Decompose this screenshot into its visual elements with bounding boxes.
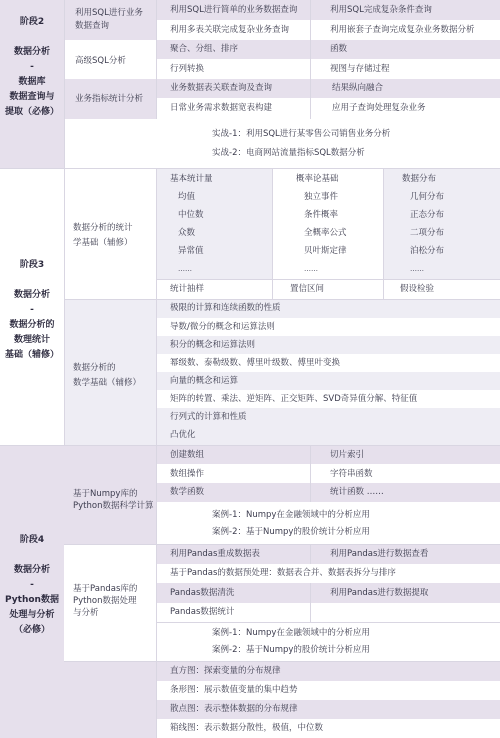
stats-col3-item: 二项分布 (410, 228, 444, 239)
stage4-track: 数据分析 (0, 564, 64, 577)
math-item: 向量的概念和运算 (170, 376, 238, 387)
stage2-subtitle-1: 数据库 (0, 76, 64, 89)
stats-col3-item: 泊松分布 (410, 246, 444, 257)
viz-item: 散点图：表示整体数据的分布规律 (170, 704, 298, 715)
stage2-module1-title-2: 数据查询 (75, 20, 109, 32)
stage2-m2-r1-c2: 函数 (330, 44, 347, 55)
stage3-module2-title-1: 数据分析的 (73, 362, 116, 374)
stage2-m2-r2-c2: 视图与存储过程 (330, 64, 390, 75)
stage3-subtitle-2: 数理统计 (0, 334, 64, 347)
stage4-module1-title-1: 基于Numpy库的 (73, 488, 137, 500)
math-item: 矩阵的转置、乘法、逆矩阵、正交矩阵、SVD奇异值分解、特征值 (170, 394, 417, 405)
stage2-m2-r1-c1: 聚合、分组、排序 (170, 44, 238, 55)
stage3-subtitle-1: 数据分析的 (0, 319, 64, 332)
math-item: 凸优化 (170, 430, 196, 441)
stage3-module1-title-1: 数据分析的统计 (73, 222, 133, 234)
stage2-track: 数据分析 (0, 46, 64, 59)
stage2-module1-title-1: 利用SQL进行业务 (75, 7, 143, 19)
numpy-r1-c2: 切片索引 (330, 450, 364, 461)
stage4-subtitle-2: 处理与分析 (0, 609, 64, 622)
stage2-project-1: 实战-1：利用SQL进行某零售公司销售业务分析 (212, 129, 390, 140)
stage2-m3-r1-c2: 结果纵向融合 (332, 83, 383, 94)
math-item: 幂级数、泰勒级数、傅里叶级数、傅里叶变换 (170, 358, 340, 369)
math-item: 极限的计算和连续函数的性质 (170, 303, 281, 314)
numpy-case-2: 案例-2：基于Numpy的股价统计分析应用 (212, 527, 370, 538)
stage4-dash: - (0, 579, 64, 592)
stats-col1-item: 均值 (178, 192, 195, 203)
pandas-r4-c1: Pandas数据统计 (170, 607, 234, 618)
stage2-project-2: 实战-2：电商网站流量指标SQL数据分析 (212, 148, 365, 159)
pandas-case-1: 案例-1：Numpy在金融领域中的分析应用 (212, 628, 370, 639)
stage4-module2-title-3: 与分析 (73, 607, 99, 619)
stats-col2-item: 全概率公式 (304, 228, 347, 239)
stage4-module2-title-2: Python数据处理 (73, 595, 136, 607)
stage2-m1-r1-c2: 利用SQL完成复杂条件查询 (330, 5, 432, 16)
stage2-subtitle-2: 数据查询与 (0, 91, 64, 104)
stage2-projects-cell (64, 119, 500, 168)
math-row (156, 426, 500, 445)
stage2-m3-r2-c2: 应用子查询处理复杂业务 (332, 103, 426, 114)
stage3-module1-cell (64, 169, 156, 299)
stats-col3-bg (383, 169, 500, 279)
stage2-module3-title: 业务指标统计分析 (75, 93, 143, 105)
stage3-track: 数据分析 (0, 289, 64, 302)
stage2-m2-r2-c1: 行列转换 (170, 64, 204, 75)
pandas-r2-c1: 基于Pandas的数据预处理：数据表合并、数据表拆分与排序 (170, 568, 396, 579)
numpy-r3-c2: 统计函数 …… (330, 487, 384, 498)
viz-item: 条形图：展示数值变量的集中趋势 (170, 685, 298, 696)
stage4-label-cell (0, 446, 64, 738)
stats-col1-item: 中位数 (178, 210, 204, 221)
stage3-subtitle-3: 基础（辅修） (0, 349, 64, 362)
stats-col2-item: 独立事件 (304, 192, 338, 203)
pandas-r3-c2: 利用Pandas进行数据提取 (330, 588, 428, 599)
stats-bottom-c3: 假设检验 (400, 284, 434, 295)
stats-col2-item: 贝叶斯定律 (304, 246, 347, 257)
stats-col1-item: 众数 (178, 228, 195, 239)
stage2-m2-row2 (156, 59, 500, 79)
stage2-subtitle-3: 提取（必修） (0, 106, 64, 119)
stats-col2-heading: 概率论基础 (296, 174, 339, 185)
stage2-dash: - (0, 61, 64, 74)
stats-bottom-row (156, 279, 500, 299)
stage4-number: 阶段4 (0, 534, 64, 547)
numpy-r2-c1: 数组操作 (170, 469, 204, 480)
stats-col3-heading: 数据分布 (402, 174, 436, 185)
stage3-dash: - (0, 304, 64, 317)
stats-bottom-c2: 置信区间 (290, 284, 324, 295)
stats-col3-item: 几何分布 (410, 192, 444, 203)
pandas-r3-c1: Pandas数据清洗 (170, 588, 234, 599)
numpy-row (156, 446, 500, 464)
pandas-r1-c1: 利用Pandas重成数据表 (170, 549, 260, 560)
numpy-row (156, 464, 500, 483)
stage3-module1-title-2: 学基础（辅修） (73, 237, 133, 249)
stats-col2-item: 条件概率 (304, 210, 338, 221)
viz-item: 直方图：探索变量的分布规律 (170, 666, 281, 677)
numpy-row (156, 483, 500, 502)
stats-col1-heading: 基本统计量 (170, 174, 213, 185)
stats-bottom-c1: 统计抽样 (170, 284, 204, 295)
stage3-number: 阶段3 (0, 259, 64, 272)
stage2-m3-r1-c1: 业务数据表关联查询及查询 (170, 83, 272, 94)
stage2-m3-r2-c1: 日常业务需求数据宽表构建 (170, 103, 272, 114)
stats-col3-item: …… (410, 264, 424, 275)
stage4-subtitle-3: （必修） (0, 624, 64, 637)
math-item: 行列式的计算和性质 (170, 412, 247, 423)
stats-col2-bg (272, 169, 383, 279)
stage2-number: 阶段2 (0, 16, 64, 29)
stats-col1-bg (156, 169, 272, 279)
numpy-r1-c1: 创建数组 (170, 450, 204, 461)
pandas-r1-c2: 利用Pandas进行数据查看 (330, 549, 428, 560)
stats-col2-item: …… (304, 264, 318, 275)
stage2-m1-r1-c1: 利用SQL进行简单的业务数据查询 (170, 5, 297, 16)
viz-item: 箱线图：表示数据分散性，极值，中位数 (170, 723, 323, 734)
stage4-module2-title-1: 基于Pandas库的 (73, 583, 137, 595)
stats-col1-item: …… (178, 264, 192, 275)
stage4-subtitle-1: Python数据 (0, 594, 64, 607)
numpy-r3-c1: 数学函数 (170, 487, 204, 498)
pandas-case-2: 案例-2：基于Numpy的股价统计分析应用 (212, 645, 370, 656)
stats-col3-item: 正态分布 (410, 210, 444, 221)
stage4-module3-cell (64, 661, 156, 738)
stage2-m1-r2-c2: 利用嵌套子查询完成复杂业务数据分析 (330, 25, 475, 36)
curriculum-table: 阶段2 数据分析 - 数据库 数据查询与 提取（必修） 利用SQL进行业务 数据… (0, 0, 500, 738)
stage2-module2-title: 高级SQL分析 (75, 55, 126, 67)
math-item: 导数/微分的概念和运算法则 (170, 322, 275, 333)
stage4-module1-title-2: Python数据科学计算 (73, 500, 153, 512)
math-item: 积分的概念和运算法则 (170, 340, 255, 351)
numpy-case-1: 案例-1：Numpy在金融领域中的分析应用 (212, 510, 370, 521)
stage2-m1-r2-c1: 利用多表关联完成复杂业务查询 (170, 25, 289, 36)
stats-col1-item: 异常值 (178, 246, 204, 257)
stage3-module2-title-2: 数学基础（辅修） (73, 377, 141, 389)
numpy-r2-c2: 字符串函数 (330, 469, 373, 480)
